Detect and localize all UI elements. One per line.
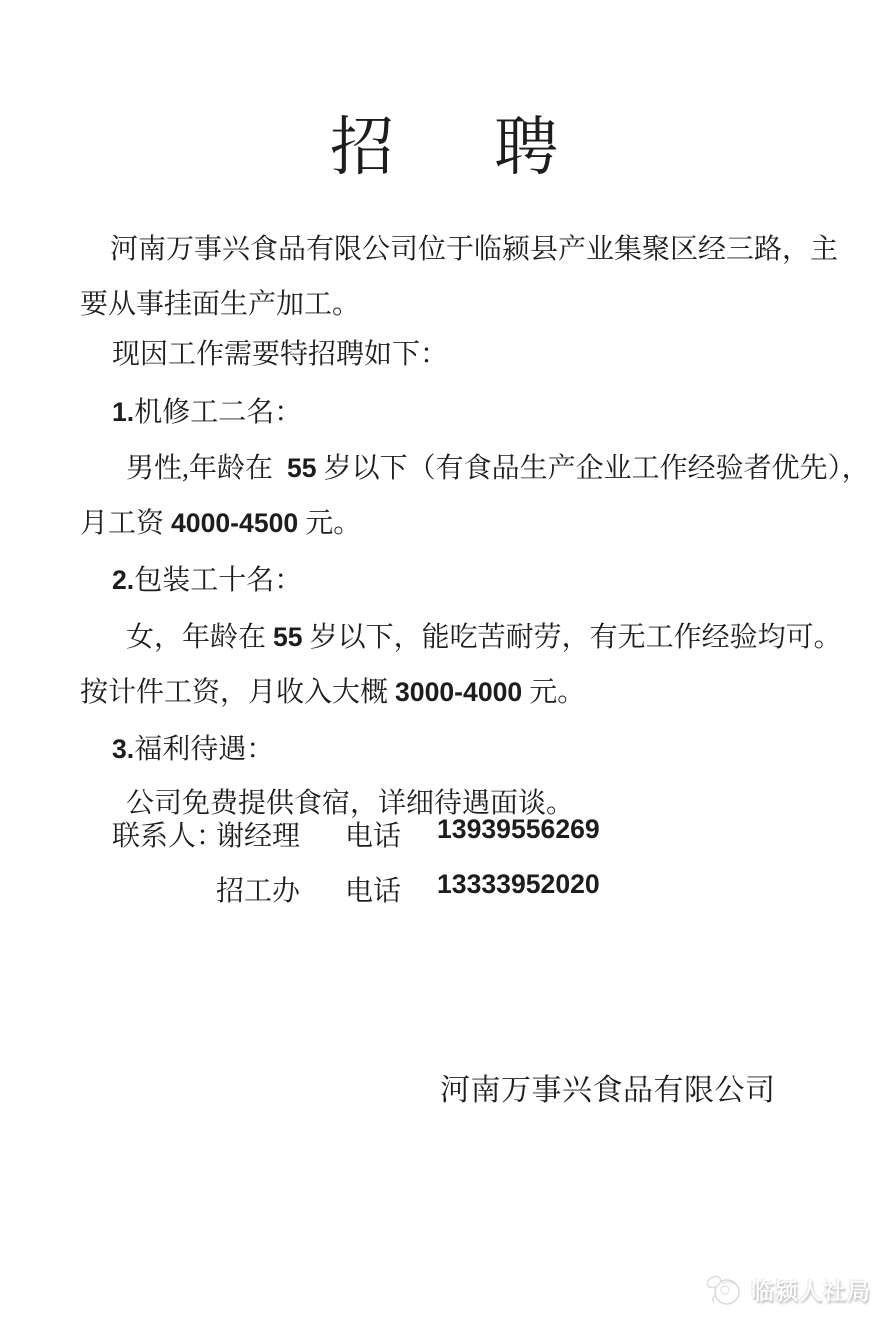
contact-name: 谢经理 (216, 814, 300, 854)
phone-label: 电话 (345, 814, 401, 854)
watermark-text: 临颍人社局 (751, 1273, 871, 1306)
contact-row: 联系人： 谢经理 电话 13939556269 (112, 814, 812, 869)
job3-heading: 3.福利待遇： (112, 732, 274, 768)
job2-line-1: 女，年龄在 55 岁以下，能吃苦耐劳，有无工作经验均可。 (126, 620, 842, 656)
company-signature: 河南万事兴食品有限公司 (440, 1065, 776, 1109)
contact-row: 招工办 电话 13333952020 (112, 869, 812, 924)
contact-section: 联系人： 谢经理 电话 13939556269 招工办 电话 133339520… (112, 814, 812, 924)
job2-line-2: 按计件工资，月收入大概 3000-4000 元。 (80, 675, 585, 711)
job1-heading: 1.机修工二名： (112, 395, 302, 431)
recruitment-notice-page: 招聘 河南万事兴食品有限公司位于临颍县产业集聚区经三路，主 要从事挂面生产加工。… (0, 0, 888, 1330)
contact-phone: 13333952020 (437, 869, 600, 901)
page-title: 招聘 (0, 96, 888, 188)
contact-name: 招工办 (216, 869, 300, 909)
need-line: 现因工作需要特招聘如下： (112, 337, 448, 373)
intro-line-2: 要从事挂面生产加工。 (80, 287, 360, 323)
intro-line-1: 河南万事兴食品有限公司位于临颍县产业集聚区经三路，主 (110, 232, 838, 268)
watermark: 临颍人社局 (704, 1268, 871, 1310)
job1-line-2: 月工资 4000-4500 元。 (80, 506, 361, 542)
job1-line-1: 男性,年龄在 55 岁以下（有食品生产企业工作经验者优先）， (126, 451, 870, 487)
job2-heading: 2.包装工十名： (112, 563, 302, 599)
phone-label: 电话 (345, 869, 401, 909)
bureau-logo-icon (704, 1268, 744, 1310)
contact-label: 联系人： (112, 814, 224, 854)
contact-phone: 13939556269 (437, 814, 600, 846)
